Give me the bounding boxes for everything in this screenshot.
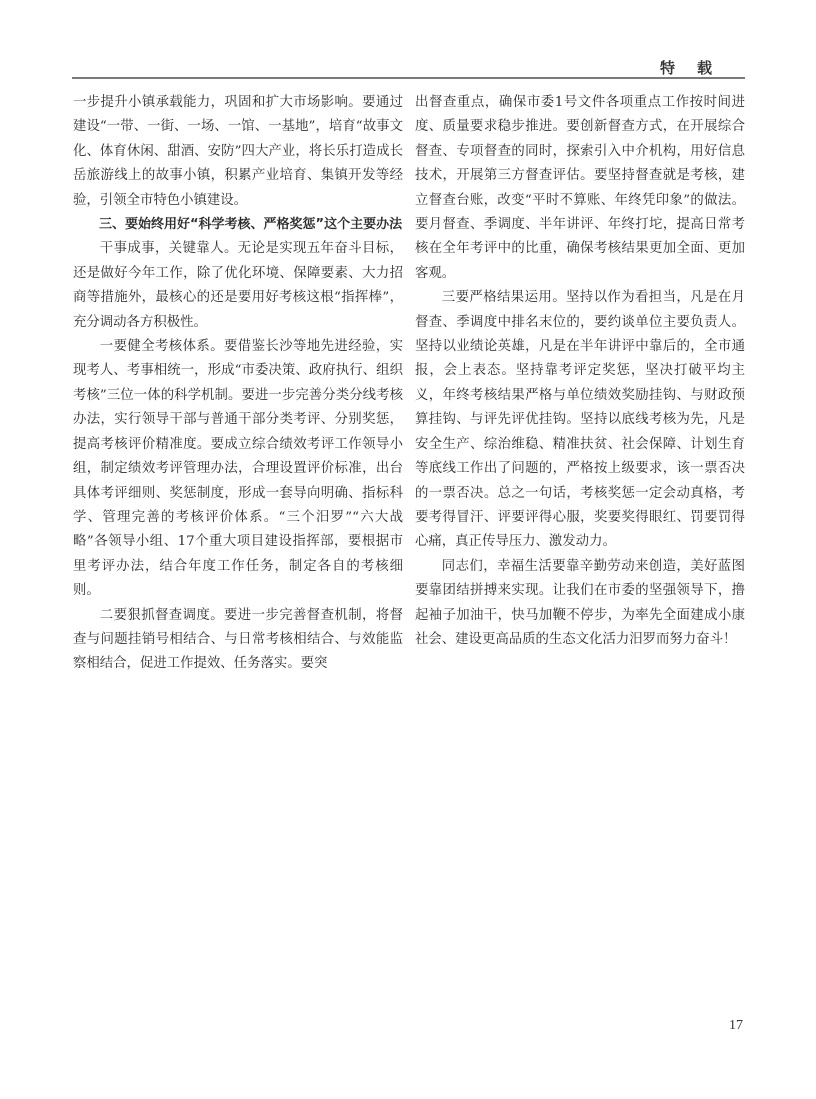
section-title: 特载 [660, 57, 745, 78]
left-column: 一步提升小镇承载能力，巩固和扩大市场影响。要通过建设“一带、一街、一场、一馆、一… [73, 91, 403, 677]
paragraph: 干事成事，关键靠人。无论是实现五年奋斗目标，还是做好今年工作，除了优化环境、保障… [73, 237, 403, 335]
paragraph: 三要严格结果运用。坚持以作为看担当，凡是在月督查、季调度中排名末位的，要约谈单位… [415, 286, 745, 554]
section-heading: 三、要始终用好“科学考核、严格奖惩”这个主要办法 [73, 213, 403, 237]
paragraph: 同志们，幸福生活要靠辛勤劳动来创造，美好蓝图要靠团结拼搏来实现。让我们在市委的坚… [415, 555, 745, 653]
paragraph: 一要健全考核体系。要借鉴长沙等地先进经验，实现考人、考事相统一，形成“市委决策、… [73, 335, 403, 603]
right-column: 出督查重点，确保市委1号文件各项重点工作按时间进度、质量要求稳步推进。要创新督查… [415, 91, 745, 652]
paragraph-continued: 出督查重点，确保市委1号文件各项重点工作按时间进度、质量要求稳步推进。要创新督查… [415, 91, 745, 286]
header-rule [72, 77, 745, 79]
page-number: 17 [729, 1018, 743, 1034]
paragraph-continued: 一步提升小镇承载能力，巩固和扩大市场影响。要通过建设“一带、一街、一场、一馆、一… [73, 91, 403, 213]
paragraph: 二要狠抓督查调度。要进一步完善督查机制，将督查与问题挂销号相结合、与日常考核相结… [73, 604, 403, 677]
